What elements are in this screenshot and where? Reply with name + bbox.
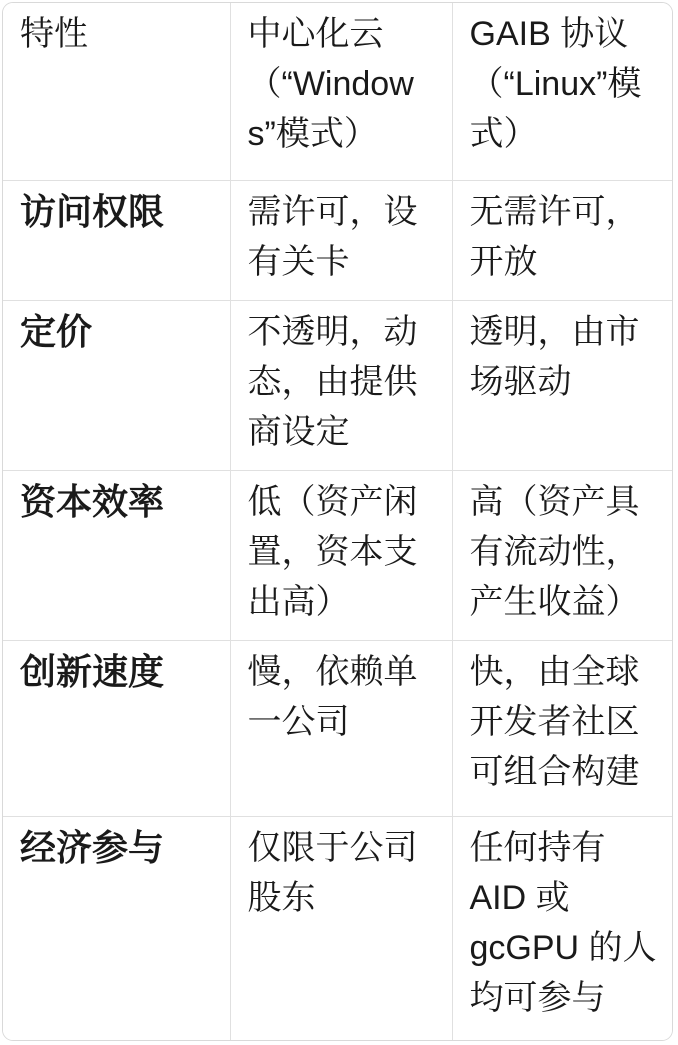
row-header-innovation-speed: 创新速度	[3, 640, 230, 816]
table-row-capital-efficiency: 资本效率 低（资产闲 置，资本支 出高） 高（资产具 有流动性， 产生收益）	[3, 470, 672, 640]
comparison-table: 特性 中心化云 （“Window s”模式） GAIB 协议 （“Linux”模…	[3, 3, 672, 1041]
column-header-centralized-cloud: 中心化云 （“Window s”模式）	[230, 3, 452, 180]
table-cell-innovation-centralized: 慢，依赖单 一公司	[230, 640, 452, 816]
table-cell-access-gaib: 无需许可， 开放	[452, 180, 672, 300]
table-cell-pricing-centralized: 不透明，动 态，由提供 商设定	[230, 300, 452, 470]
column-header-feature: 特性	[3, 3, 230, 180]
table-cell-capital-centralized: 低（资产闲 置，资本支 出高）	[230, 470, 452, 640]
table-cell-economic-gaib: 任何持有 AID 或 gcGPU 的人 均可参与	[452, 816, 672, 1041]
row-header-economic-participation: 经济参与	[3, 816, 230, 1041]
row-header-access: 访问权限	[3, 180, 230, 300]
table-cell-access-centralized: 需许可，设 有关卡	[230, 180, 452, 300]
table-cell-innovation-gaib: 快，由全球 开发者社区 可组合构建	[452, 640, 672, 816]
column-header-gaib-protocol: GAIB 协议 （“Linux”模 式）	[452, 3, 672, 180]
table-header-row: 特性 中心化云 （“Window s”模式） GAIB 协议 （“Linux”模…	[3, 3, 672, 180]
table-cell-pricing-gaib: 透明，由市 场驱动	[452, 300, 672, 470]
table-row-access: 访问权限 需许可，设 有关卡 无需许可， 开放	[3, 180, 672, 300]
table-row-innovation-speed: 创新速度 慢，依赖单 一公司 快，由全球 开发者社区 可组合构建	[3, 640, 672, 816]
row-header-pricing: 定价	[3, 300, 230, 470]
table-cell-capital-gaib: 高（资产具 有流动性， 产生收益）	[452, 470, 672, 640]
row-header-capital-efficiency: 资本效率	[3, 470, 230, 640]
table-row-economic-participation: 经济参与 仅限于公司 股东 任何持有 AID 或 gcGPU 的人 均可参与	[3, 816, 672, 1041]
table-row-pricing: 定价 不透明，动 态，由提供 商设定 透明，由市 场驱动	[3, 300, 672, 470]
table-cell-economic-centralized: 仅限于公司 股东	[230, 816, 452, 1041]
comparison-table-container: 特性 中心化云 （“Window s”模式） GAIB 协议 （“Linux”模…	[2, 2, 673, 1041]
